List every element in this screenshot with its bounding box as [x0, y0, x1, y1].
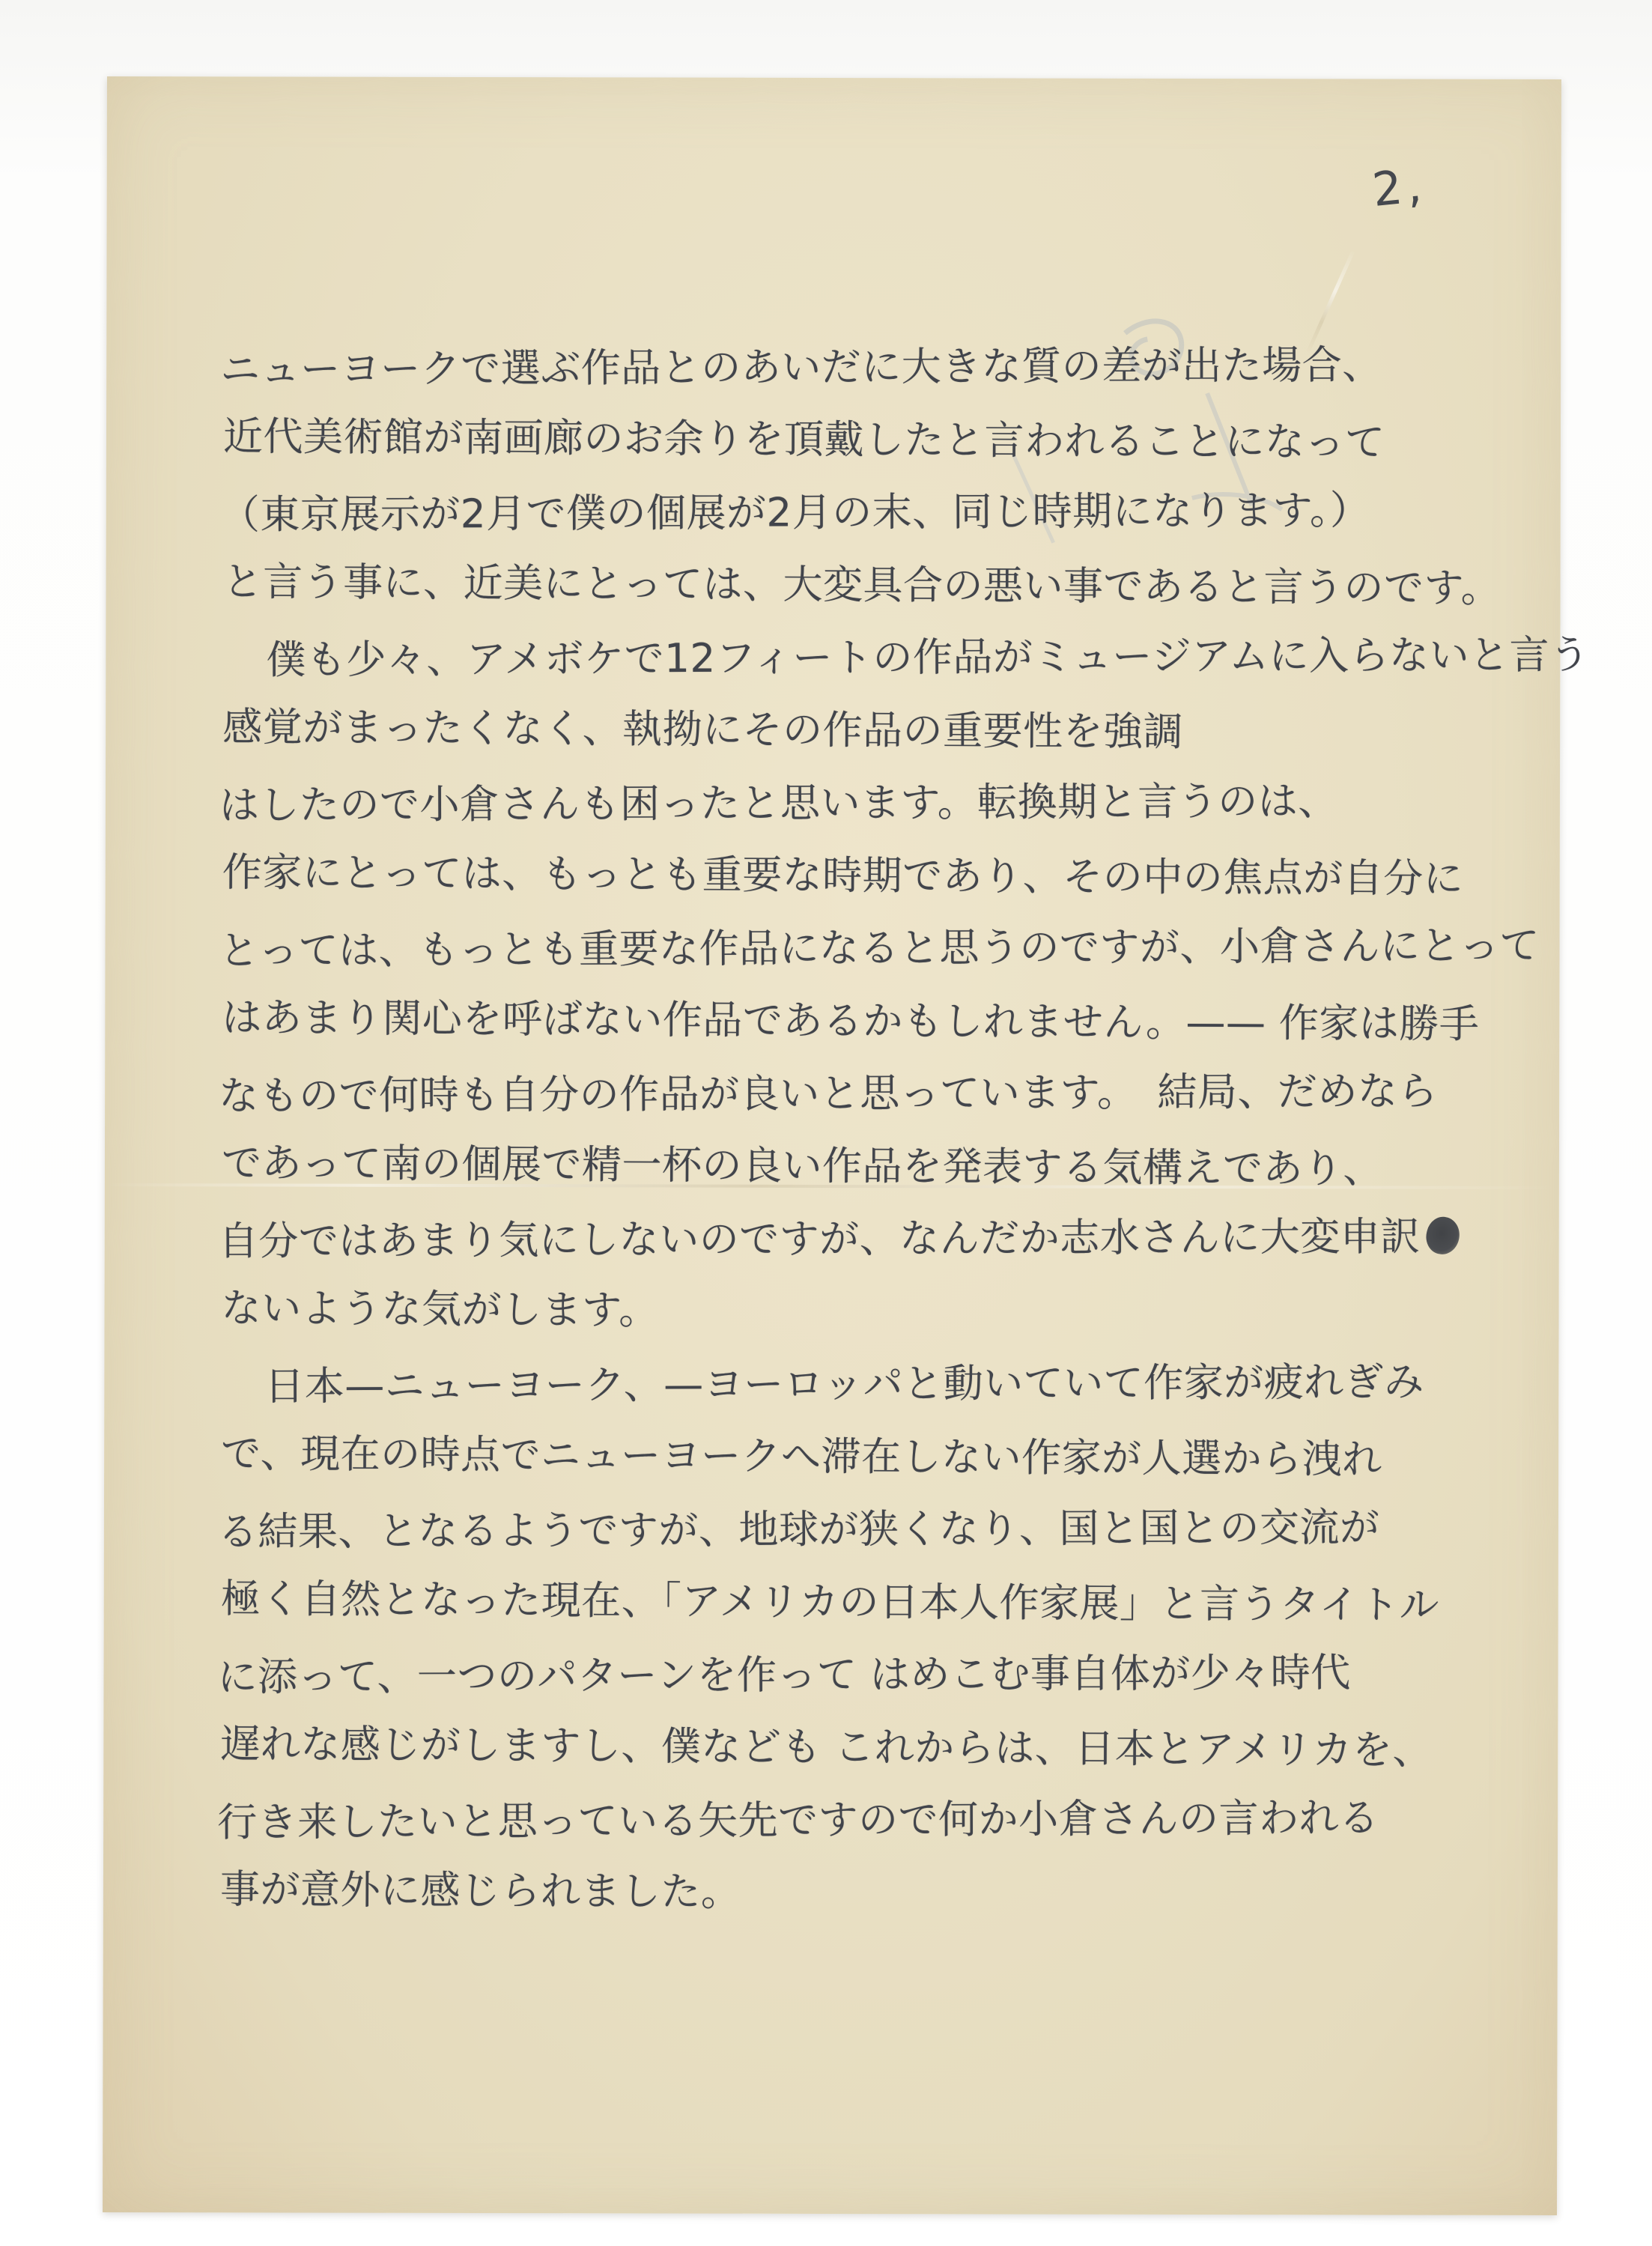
handwritten-line-text: 遅れな感じがしますし、僕なども これからは、日本とアメリカを、 [220, 1722, 1433, 1773]
handwritten-line-text: 近代美術館が南画廊のお余りを頂戴したと言われることになって [223, 414, 1385, 466]
handwritten-line: 近代美術館が南画廊のお余りを頂戴したと言われることになって [223, 401, 1496, 480]
handwritten-line: なもので何時も自分の作品が良いと思っています。 結局、だめなら [219, 1055, 1492, 1133]
handwritten-line: （東京展示が2月で僕の個展が2月の末、同じ時期になります。） [220, 474, 1493, 552]
scanned-letter-page: 2, ニューヨークで選ぶ作品とのあいだに大きな質の差が出た場合、近代美術館が南画… [0, 0, 1652, 2246]
handwritten-line-text: 極く自然となった現在、「アメリカの日本人作家展」と言うタイトル [221, 1576, 1440, 1629]
handwritten-line: 感覚がまったくなく、執拗にその作品の重要性を強調 [222, 691, 1495, 771]
handwritten-line-text: はしたので小倉さんも困ったと思います。転換期と言うのは、 [219, 778, 1338, 828]
handwritten-line: であって南の個展で精一杯の良い作品を発表する気構えであり、 [222, 1127, 1495, 1207]
handwritten-text: ニューヨークで選ぶ作品とのあいだに大きな質の差が出た場合、近代美術館が南画廊のお… [217, 330, 1493, 1931]
handwritten-line-text: 日本—ニューヨーク、—ヨーロッパと動いていて作家が疲れぎみ [264, 1359, 1424, 1409]
handwritten-line: 極く自然となった現在、「アメリカの日本人作家展」と言うタイトル [220, 1563, 1493, 1642]
handwritten-line: と言う事に、近美にとっては、大変具合の悪い事であると言うのです。 [222, 546, 1495, 625]
crossed-out-character [1422, 1213, 1463, 1257]
handwritten-line: 事が意外に感じられました。 [220, 1854, 1493, 1933]
handwritten-line-text: ないような気がします。 [221, 1286, 659, 1334]
handwritten-line: はしたので小倉さんも困ったと思います。転換期と言うのは、 [219, 765, 1492, 843]
handwritten-line-text: ニューヨークで選ぶ作品とのあいだに大きな質の差が出た場合、 [220, 342, 1382, 392]
page-number: 2, [1370, 157, 1428, 217]
handwritten-line-text: と言う事に、近美にとっては、大変具合の悪い事であると言うのです。 [222, 559, 1501, 612]
handwritten-line-text: 行き来したいと思っている矢先ですので何か小倉さんの言われる [217, 1795, 1379, 1845]
handwritten-line-text: であって南の個展で精一杯の良い作品を発表する気構えであり、 [222, 1141, 1383, 1192]
handwritten-line-text: る結果、となるようですが、地球が狭くなり、国と国との交流が [218, 1505, 1380, 1555]
handwritten-line: 自分ではあまり気にしないのですが、なんだか志水さんに大変申訳 [219, 1201, 1492, 1278]
handwritten-line-text: なもので何時も自分の作品が良いと思っています。 結局、だめなら [219, 1069, 1438, 1120]
handwritten-line: ないような気がします。 [221, 1272, 1494, 1352]
handwritten-line: に添って、一つのパターンを作って はめこむ事自体が少々時代 [217, 1636, 1490, 1714]
handwritten-line: で、現在の時点でニューヨークへ滞在しない作家が人選から洩れ [221, 1418, 1494, 1497]
handwritten-line: 遅れな感じがしますし、僕なども これからは、日本とアメリカを、 [220, 1708, 1493, 1788]
handwritten-line-text: 作家にとっては、もっとも重要な時期であり、その中の焦点が自分に [222, 850, 1464, 902]
handwritten-line: 行き来したいと思っている矢先ですので何か小倉さんの言われる [217, 1782, 1490, 1860]
handwritten-line-text: 僕も少々、アメボケで12フィートの作品がミュージアムに入らないと言う [266, 632, 1589, 683]
handwritten-line: 日本—ニューヨーク、—ヨーロッパと動いていて作家が疲れぎみ [218, 1346, 1491, 1424]
letter-paper: 2, ニューヨークで選ぶ作品とのあいだに大きな質の差が出た場合、近代美術館が南画… [103, 76, 1561, 2215]
handwritten-line: 作家にとっては、もっとも重要な時期であり、その中の焦点が自分に [222, 837, 1495, 916]
handwritten-line-text: で、現在の時点でニューヨークへ滞在しない作家が人選から洩れ [221, 1431, 1382, 1483]
handwritten-line-text: 事が意外に感じられました。 [220, 1867, 741, 1916]
handwritten-line-text: とっては、もっとも重要な作品になると思うのですが、小倉さんにとって [219, 923, 1540, 974]
handwritten-line-text: （東京展示が2月で僕の個展が2月の末、同じ時期になります。） [220, 488, 1370, 538]
handwritten-line: ニューヨークで選ぶ作品とのあいだに大きな質の差が出た場合、 [220, 329, 1493, 407]
handwritten-line: る結果、となるようですが、地球が狭くなり、国と国との交流が [218, 1491, 1491, 1569]
handwritten-line-text: はあまり関心を呼ばない作品であるかもしれません。—— 作家は勝手 [222, 995, 1479, 1048]
handwritten-line: はあまり関心を呼ばない作品であるかもしれません。—— 作家は勝手 [222, 982, 1495, 1061]
handwritten-line-text: に添って、一つのパターンを作って はめこむ事自体が少々時代 [217, 1650, 1350, 1700]
handwritten-line: 僕も少々、アメボケで12フィートの作品がミュージアムに入らないと言う [219, 619, 1492, 697]
handwritten-line-text: 感覚がまったくなく、執拗にその作品の重要性を強調 [222, 705, 1183, 756]
handwritten-line: とっては、もっとも重要な作品になると思うのですが、小倉さんにとって [219, 910, 1492, 988]
handwritten-line-text: 自分ではあまり気にしないのですが、なんだか志水さんに大変申訳 [219, 1214, 1421, 1264]
